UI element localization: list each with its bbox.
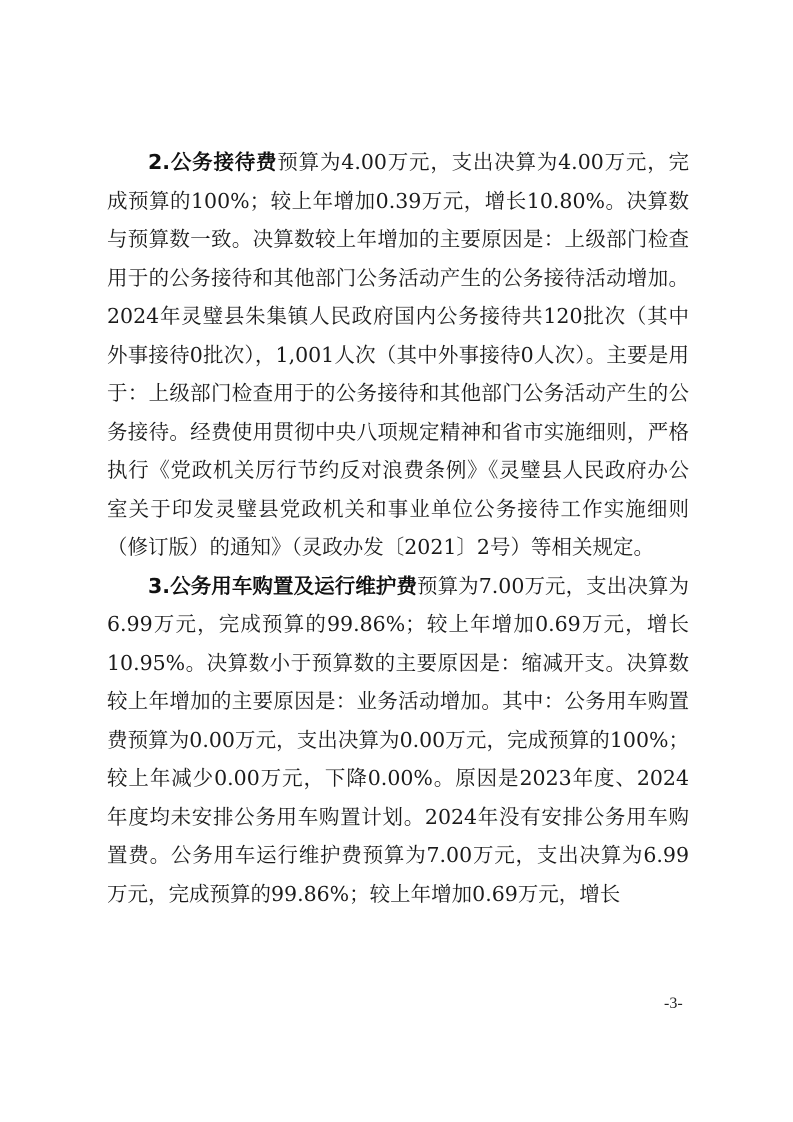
page-number: -3- — [664, 995, 683, 1013]
document-page: 2.公务接待费预算为4.00万元，支出决算为4.00万元，完成预算的100%；较… — [107, 143, 689, 913]
paragraph-vehicle-expense: 3.公务用车购置及运行维护费预算为7.00万元，支出决算为6.99万元，完成预算… — [107, 567, 689, 914]
section-body-reception: 预算为4.00万元，支出决算为4.00万元，完成预算的100%；较上年增加0.3… — [107, 150, 689, 559]
section-heading-reception: 2.公务接待费 — [148, 150, 277, 174]
section-body-vehicle: 预算为7.00万元，支出决算为6.99万元，完成预算的99.86%；较上年增加0… — [107, 574, 689, 906]
section-heading-vehicle: 3.公务用车购置及运行维护费 — [148, 574, 417, 598]
paragraph-reception-expense: 2.公务接待费预算为4.00万元，支出决算为4.00万元，完成预算的100%；较… — [107, 143, 689, 567]
